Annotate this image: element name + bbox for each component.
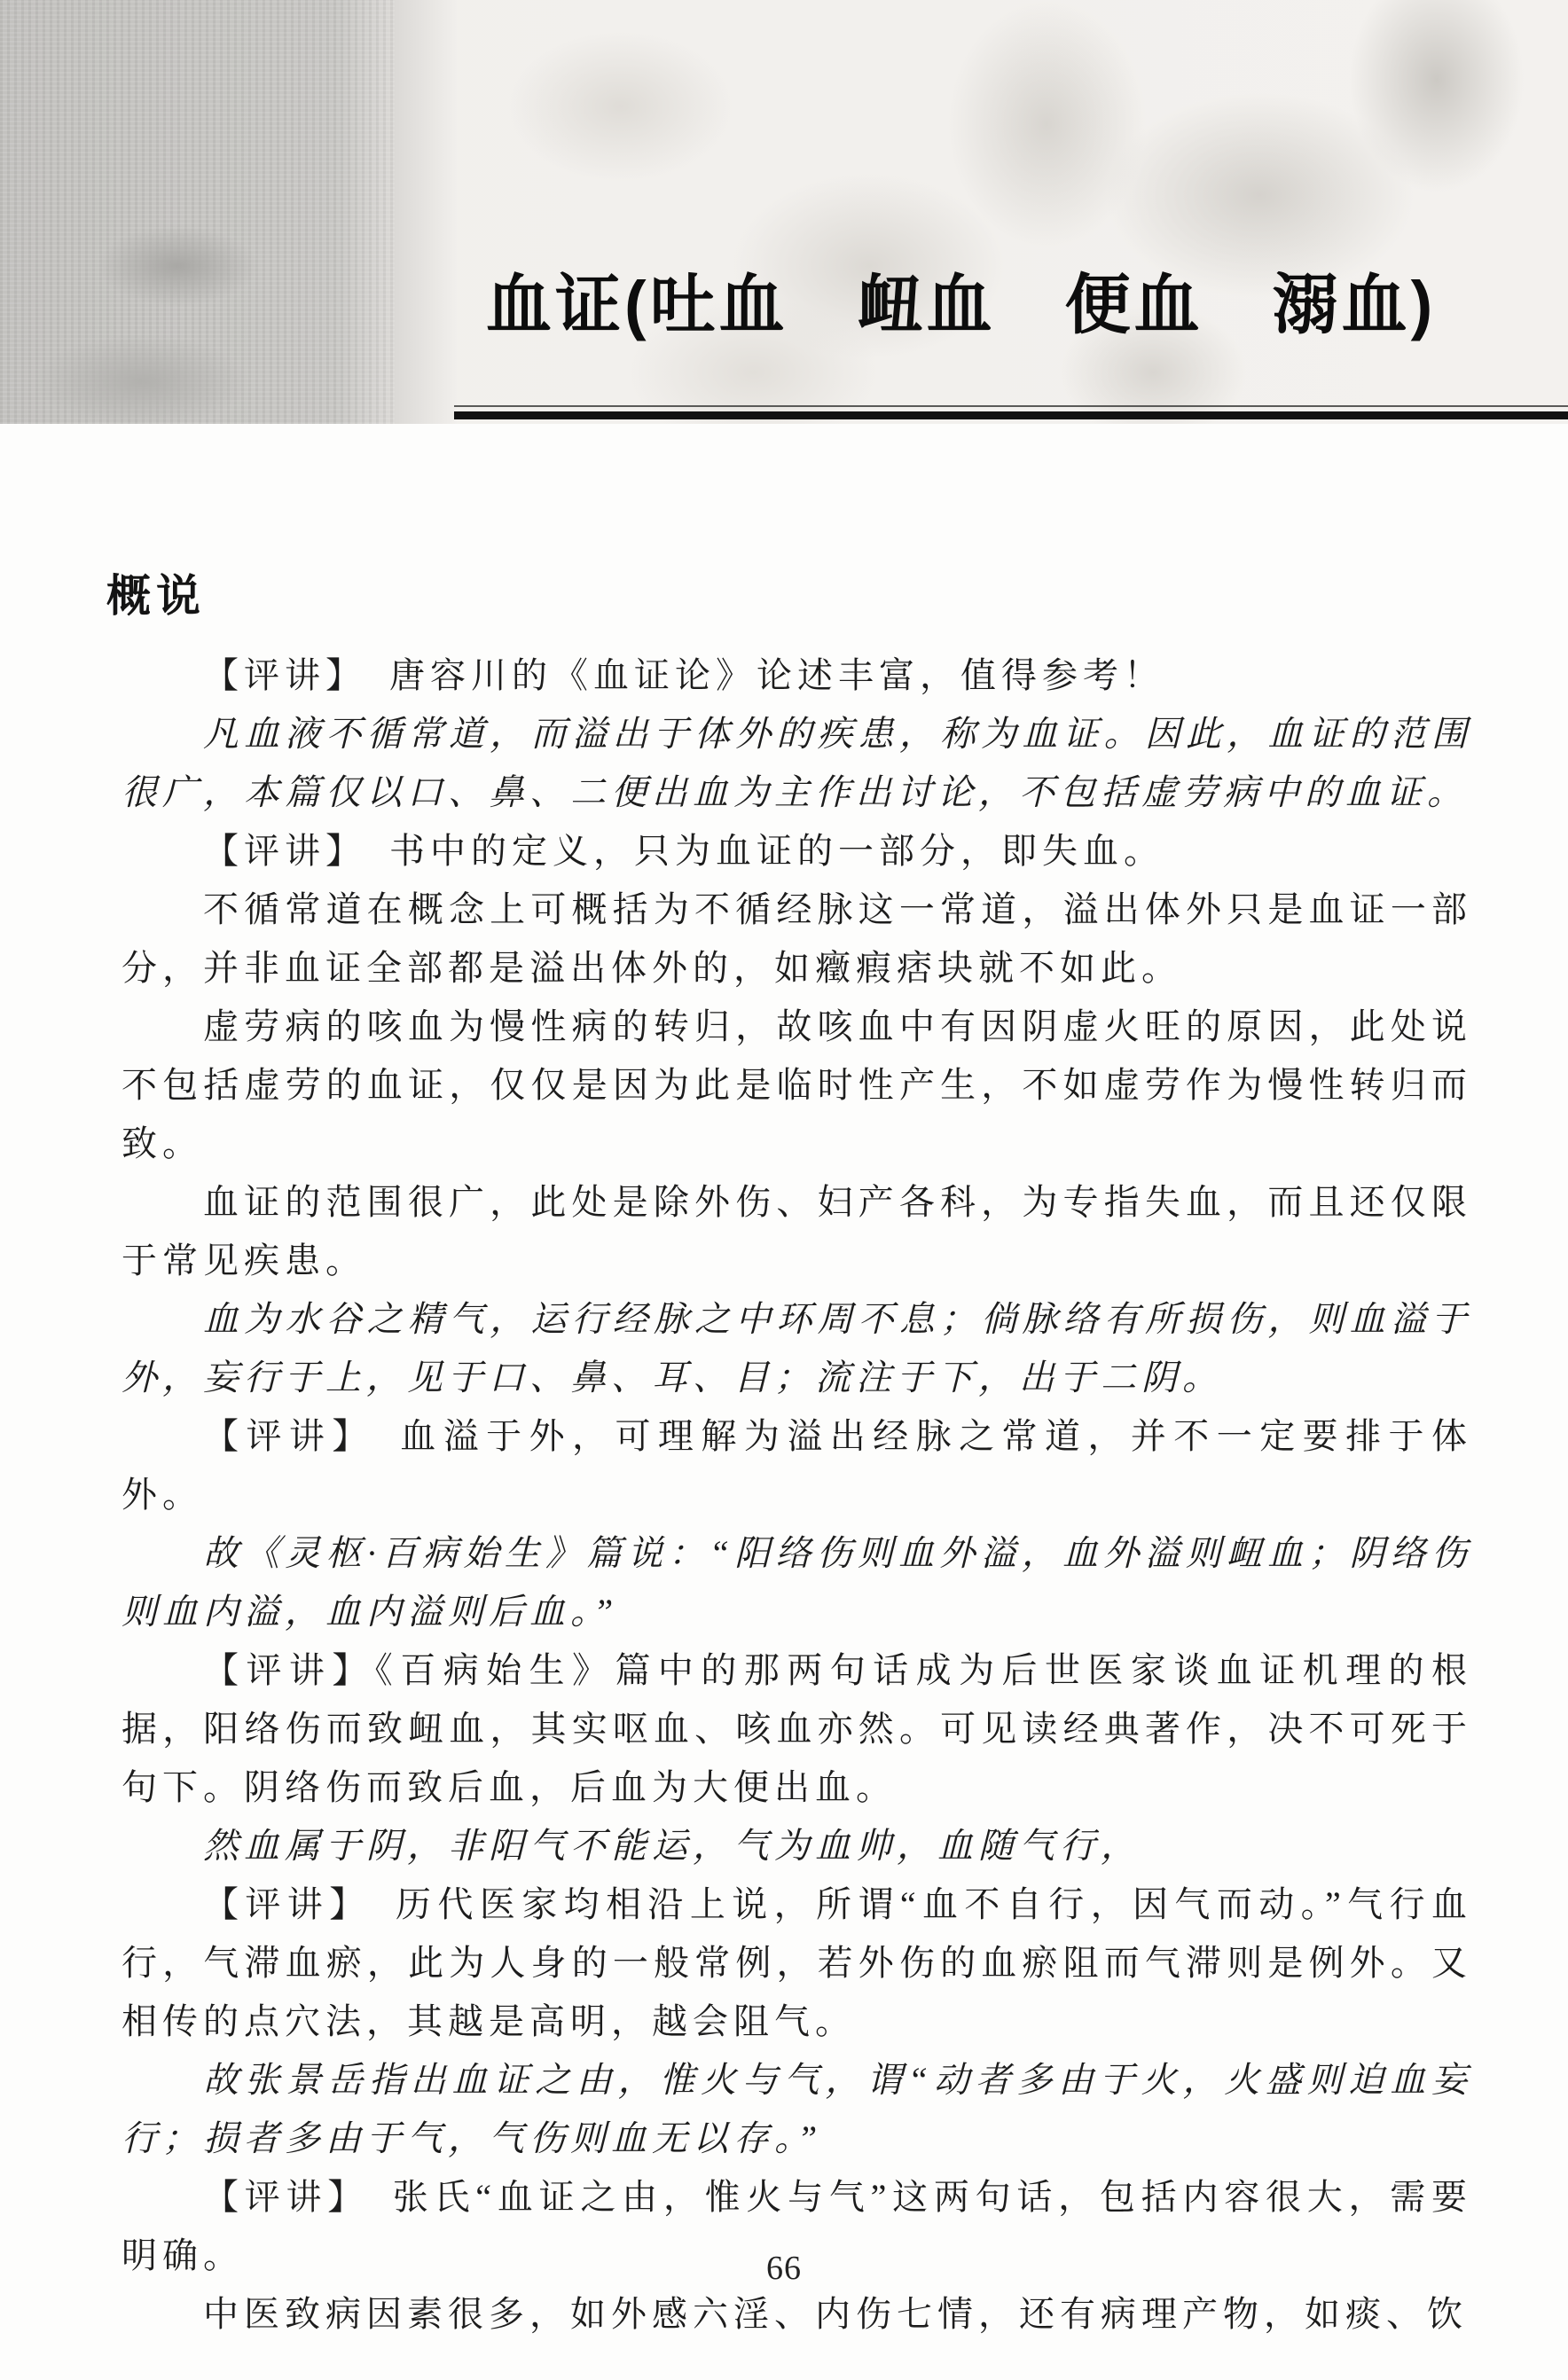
paragraph: 故张景岳指出血证之由，惟火与气，谓“动者多由于火，火盛则迫血妄行；损者多由于气，… [122,2051,1472,2168]
paragraph: 凡血液不循常道，而溢出于体外的疾患，称为血证。因此，血证的范围很广，本篇仅以口、… [122,705,1472,822]
paragraph: 血证的范围很广，此处是除外伤、妇产各科，为专指失血，而且还仅限于常见疾患。 [122,1173,1472,1290]
header-artwork-left-fade [395,0,457,424]
paragraph: 【评讲】《百病始生》篇中的那两句话成为后世医家谈血证机理的根据，阳络伤而致衄血，… [122,1641,1472,1817]
section-heading: 概说 [106,560,206,624]
paragraph: 【评讲】 历代医家均相沿上说，所谓“血不自行，因气而动。”气行血行，气滞血瘀，此… [122,1875,1472,2051]
chapter-title: 血证(吐血 衄血 便血 溺血) [486,262,1479,348]
body-text: 【评讲】 唐容川的《血证论》论述丰富，值得参考！凡血液不循常道，而溢出于体外的疾… [122,646,1472,2344]
header-artwork-left-shade [0,0,395,424]
paragraph: 然血属于阴，非阳气不能运，气为血帅，血随气行， [122,1817,1472,1875]
paragraph: 故《灵枢·百病始生》篇说：“阳络伤则血外溢，血外溢则衄血；阴络伤则血内溢，血内溢… [122,1524,1472,1641]
paragraph: 血为水谷之精气，运行经脉之中环周不息；倘脉络有所损伤，则血溢于外，妄行于上，见于… [122,1290,1472,1407]
paragraph: 中医致病因素很多，如外感六淫、内伤七情，还有病理产物，如痰、饮 [122,2285,1472,2344]
page-number: 66 [0,2249,1568,2288]
paragraph: 【评讲】 血溢于外，可理解为溢出经脉之常道，并不一定要排于体外。 [122,1407,1472,1524]
paragraph: 【评讲】 书中的定义，只为血证的一部分，即失血。 [122,822,1472,881]
paragraph: 【评讲】 唐容川的《血证论》论述丰富，值得参考！ [122,646,1472,705]
paragraph: 不循常道在概念上可概括为不循经脉这一常道，溢出体外只是血证一部分，并非血证全部都… [122,881,1472,998]
header-rule-thin [454,405,1568,407]
header-artwork-band [0,0,1568,424]
header-rule-thick [454,411,1568,419]
paragraph: 虚劳病的咳血为慢性病的转归，故咳血中有因阴虚火旺的原因，此处说不包括虚劳的血证，… [122,998,1472,1173]
